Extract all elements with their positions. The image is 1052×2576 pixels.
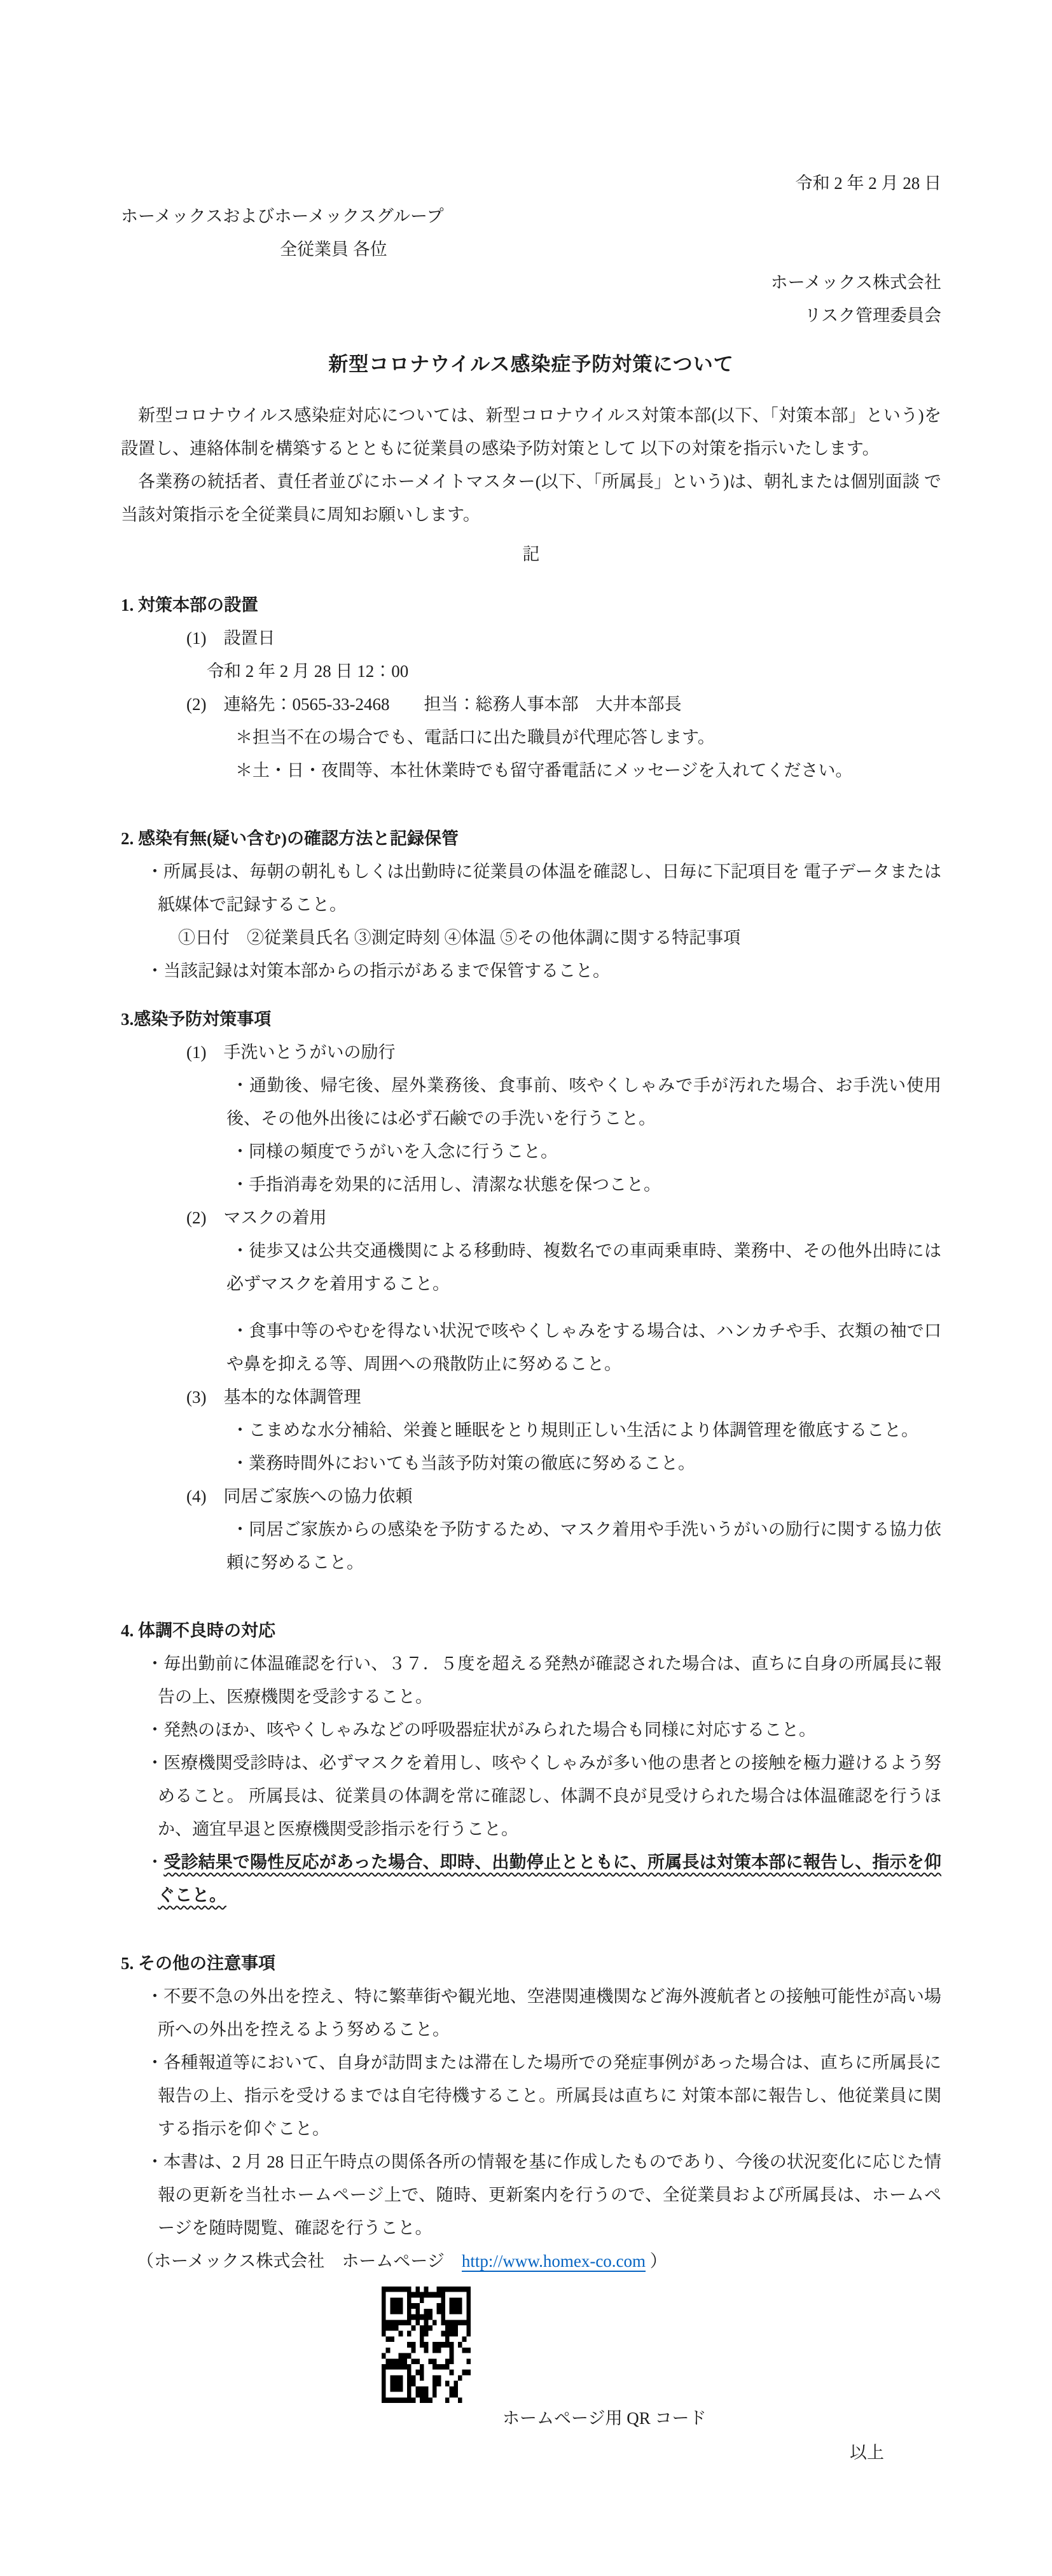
section-3-group-1-bullet-1: ・通勤後、帰宅後、屋外業務後、食事前、咳やくしゃみで手が汚れた場合、お手洗い使用… [226, 1069, 941, 1135]
section-3-group-4-bullet-1: ・同居ご家族からの感染を予防するため、マスク着用や手洗いうがいの励行に関する協力… [226, 1513, 941, 1579]
section-3-group-2-label: (2) マスクの着用 [186, 1201, 941, 1234]
record-marker: 記 [121, 538, 941, 571]
section-1-note-1: ＊担当不在の場合でも、電話口に出た職員が代理応答します。 [235, 721, 941, 754]
section-2-bullet-2: ・当該記録は対策本部からの指示があるまで保管すること。 [158, 954, 941, 987]
sender-company: ホーメックス株式会社 [121, 266, 941, 299]
section-4-bullet-1: ・毎出勤前に体温確認を行い、３７．５度を超える発熱が確認された場合は、直ちに自身… [158, 1647, 941, 1713]
homepage-line-prefix: （ホーメックス株式会社 ホームページ [137, 2252, 462, 2271]
section-4-heading: 4. 体調不良時の対応 [121, 1614, 941, 1647]
bullet-glyph: ・ [146, 1853, 163, 1872]
section-1-heading: 1. 対策本部の設置 [121, 588, 941, 622]
intro-paragraph-1: 新型コロナウイルス感染症対応については、新型コロナウイルス対策本部(以下、「対策… [121, 399, 941, 465]
qr-code-caption: ホームページ用 QR コード [502, 2405, 941, 2431]
section-2-record-items: ①日付 ②従業員氏名 ③測定時刻 ④体温 ⑤その他体調に関する特記事項 [178, 921, 941, 954]
section-1-note-2: ＊土・日・夜間等、本社休業時でも留守番電話にメッセージを入れてください。 [235, 754, 941, 787]
section-3-group-2-bullet-1: ・徒歩又は公共交通機関による移動時、複数名での車両乗車時、業務中、その他外出時に… [226, 1234, 941, 1300]
recipient-group: ホーメックスおよびホーメックスグループ [121, 200, 941, 233]
section-3-group-4-label: (4) 同居ご家族への協力依頼 [186, 1480, 941, 1513]
section-3-group-1-label: (1) 手洗いとうがいの励行 [186, 1036, 941, 1069]
section-4-positive-result-directive: ・受診結果で陽性反応があった場合、即時、出勤停止とともに、所属長は対策本部に報告… [158, 1846, 941, 1912]
section-3-group-3-label: (3) 基本的な体調管理 [186, 1381, 941, 1414]
document-page: 令和 2 年 2 月 28 日 ホーメックスおよびホーメックスグループ 全従業員… [0, 0, 1052, 2576]
section-3-group-1-bullet-2: ・同様の頻度でうがいを入念に行うこと。 [226, 1135, 941, 1168]
section-1-item-2-label: (2) 連絡先：0565-33-2468 担当：総務人事本部 大井本部長 [186, 688, 941, 721]
section-3-group-3-bullet-1: ・こまめな水分補給、栄養と睡眠をとり規則正しい生活により体調管理を徹底すること。 [226, 1414, 941, 1447]
positive-result-directive-text: 受診結果で陽性反応があった場合、即時、出勤停止とともに、所属長は対策本部に報告し… [158, 1853, 941, 1905]
homepage-line-suffix: ） [646, 2252, 667, 2271]
qr-code-image [382, 2287, 471, 2403]
section-3-group-1-bullet-3: ・手指消毒を効果的に活用し、清潔な状態を保つこと。 [226, 1168, 941, 1201]
document-date: 令和 2 年 2 月 28 日 [121, 167, 941, 200]
document-title: 新型コロナウイルス感染症予防対策について [121, 348, 941, 381]
section-5-bullet-1: ・不要不急の外出を控え、特に繁華街や観光地、空港関連機関など海外渡航者との接触可… [158, 1980, 941, 2046]
section-1-item-1-value: 令和 2 年 2 月 28 日 12：00 [207, 655, 941, 688]
section-3-heading: 3.感染予防対策事項 [121, 1003, 941, 1036]
section-4-bullet-2: ・発熱のほか、咳やくしゃみなどの呼吸器症状がみられた場合も同様に対応すること。 [158, 1713, 941, 1746]
sender-committee: リスク管理委員会 [121, 299, 941, 332]
section-3-group-2-bullet-2: ・食事中等のやむを得ない状況で咳やくしゃみをする場合は、ハンカチや手、衣類の袖で… [226, 1314, 941, 1381]
recipient-all: 全従業員 各位 [280, 233, 941, 266]
homepage-url-link[interactable]: http://www.homex-co.com [462, 2252, 646, 2272]
section-2-bullet-1: ・所属長は、毎朝の朝礼もしくは出勤時に従業員の体温を確認し、日毎に下記項目を 電… [158, 855, 941, 921]
section-2-heading: 2. 感染有無(疑い含む)の確認方法と記録保管 [121, 822, 941, 855]
section-5-bullet-2: ・各種報道等において、自身が訪問または滞在した場所での発症事例があった場合は、直… [158, 2046, 941, 2145]
section-5-heading: 5. その他の注意事項 [121, 1947, 941, 1980]
intro-section: 新型コロナウイルス感染症対応については、新型コロナウイルス対策本部(以下、「対策… [121, 399, 941, 531]
closing-marker: 以上 [121, 2436, 941, 2469]
homepage-line: （ホーメックス株式会社 ホームページ http://www.homex-co.c… [137, 2245, 941, 2278]
section-4-bullet-3: ・医療機関受診時は、必ずマスクを着用し、咳やくしゃみが多い他の患者との接触を極力… [158, 1746, 941, 1846]
intro-paragraph-2: 各業務の統括者、責任者並びにホーメイトマスター(以下、「所属長」という)は、朝礼… [121, 465, 941, 531]
section-5-bullet-3: ・本書は、2 月 28 日正午時点の関係各所の情報を基に作成したものであり、今後… [158, 2145, 941, 2245]
section-1-item-1-label: (1) 設置日 [186, 622, 941, 655]
section-3-group-3-bullet-2: ・業務時間外においても当該予防対策の徹底に努めること。 [226, 1447, 941, 1480]
